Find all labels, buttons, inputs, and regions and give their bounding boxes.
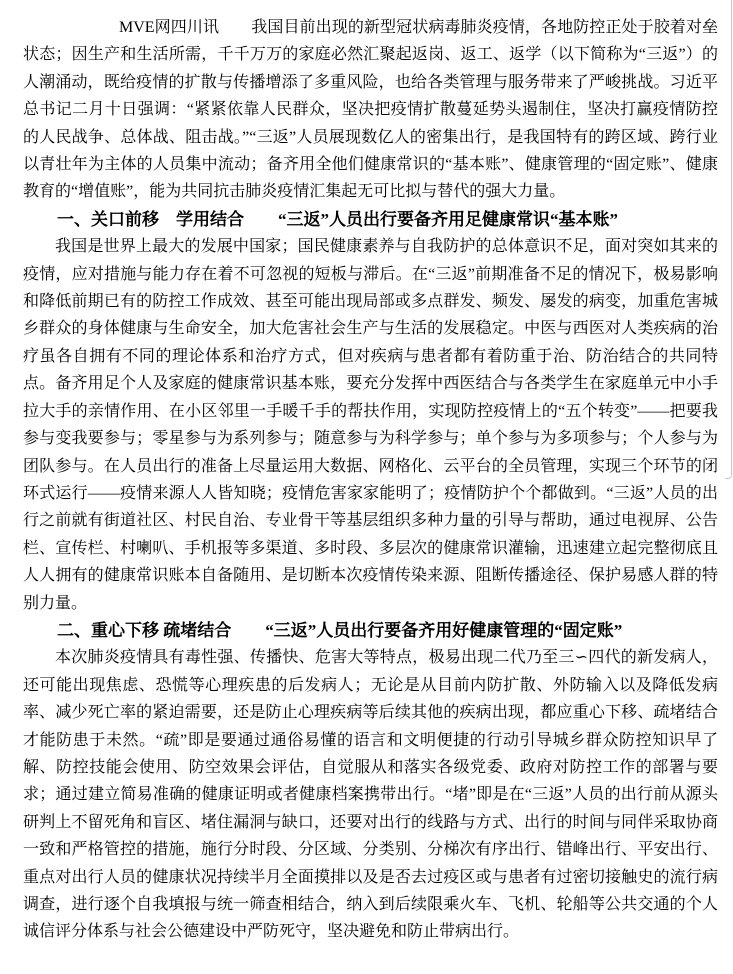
article-body: MVE网四川讯 我国目前出现的新型冠状病毒肺炎疫情，各地防控正处于胶着对垒状态；… xyxy=(0,0,718,946)
paragraph-intro: MVE网四川讯 我国目前出现的新型冠状病毒肺炎疫情，各地防控正处于胶着对垒状态；… xyxy=(23,14,718,206)
section-heading-2: 二、重心下移 疏堵结合 “三返”人员出行要备齐用好健康管理的“固定账” xyxy=(23,617,718,644)
content-frame-right-border xyxy=(725,0,732,479)
paragraph-section-2: 本次肺炎疫情具有毒性强、传播快、危害大等特点，极易出现二代乃至三∽四代的新发病人… xyxy=(23,644,718,945)
document-page: { "page": { "background_color": "#ffffff… xyxy=(0,0,733,974)
section-heading-1: 一、关口前移 学用结合 “三返”人员出行要备齐用足健康常识“基本账” xyxy=(23,206,718,233)
paragraph-section-1: 我国是世界上最大的发展中国家；国民健康素养与自我防护的总体意识不足，面对突如其来… xyxy=(23,233,718,617)
